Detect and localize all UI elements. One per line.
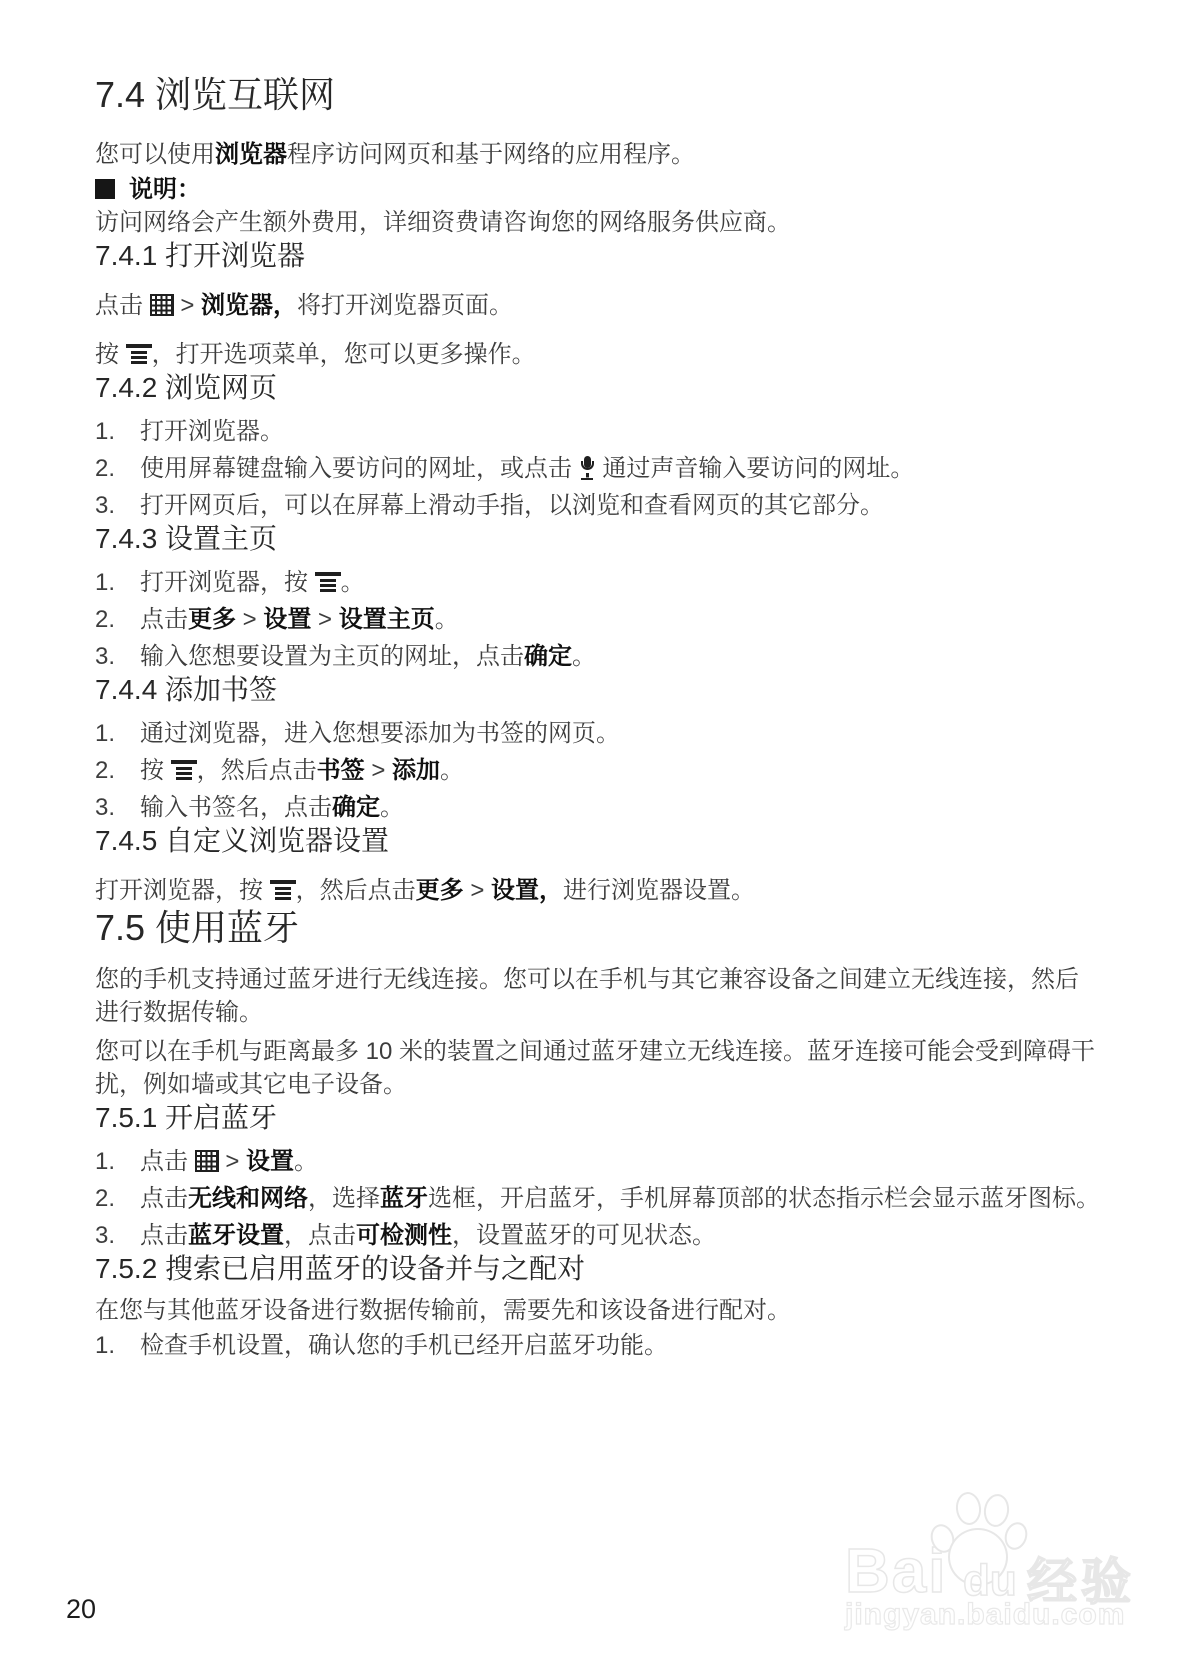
text: 。 xyxy=(440,757,464,784)
text: > xyxy=(236,606,263,633)
list-item: 1.打开浏览器。 xyxy=(95,415,1126,448)
mic-icon xyxy=(579,456,596,480)
bold-text: 添加 xyxy=(392,757,440,784)
steps-list: 1.点击 > 设置。2.点击无线和网络，选择蓝牙选框，开启蓝牙，手机屏幕顶部的状… xyxy=(95,1145,1126,1252)
steps-list: 1.检查手机设置，确认您的手机已经开启蓝牙功能。 xyxy=(95,1329,1126,1362)
paragraph: 您的手机支持通过蓝牙进行无线连接。您可以在手机与其它兼容设备之间建立无线连接，然… xyxy=(95,963,1100,1029)
list-item: 3.输入书签名，点击确定。 xyxy=(95,791,1126,824)
text: 点击 xyxy=(140,1222,188,1249)
menu-icon xyxy=(126,344,152,364)
bold-text: 无线和网络 xyxy=(188,1185,308,1212)
text: 程序访问网页和基于网络的应用程序。 xyxy=(287,141,695,168)
text: 打开浏览器，按 xyxy=(95,877,270,904)
menu-icon xyxy=(171,760,197,780)
section-7-4-5-title: 7.4.5 自定义浏览器设置 xyxy=(95,824,1126,858)
bold-text: 更多 xyxy=(416,877,464,904)
text: 通过声音输入要访问的网址。 xyxy=(596,455,915,482)
bold-text: 说明： xyxy=(129,176,201,203)
text: 输入书签名，点击 xyxy=(140,794,332,821)
list-number: 2. xyxy=(95,754,140,787)
section-7-5-title: 7.5 使用蓝牙 xyxy=(95,907,1126,949)
list-item: 1.检查手机设置，确认您的手机已经开启蓝牙功能。 xyxy=(95,1329,1126,1362)
list-item: 1.通过浏览器，进入您想要添加为书签的网页。 xyxy=(95,717,1126,750)
section-7-4-4-title: 7.4.4 添加书签 xyxy=(95,673,1126,707)
list-item-text: 使用屏幕键盘输入要访问的网址，或点击 通过声音输入要访问的网址。 xyxy=(140,452,1126,485)
bold-text: 可检测性 xyxy=(356,1222,452,1249)
text: 您的手机支持通过蓝牙进行无线连接。您可以在手机与其它兼容设备之间建立无线连接，然… xyxy=(95,966,1079,1026)
list-number: 3. xyxy=(95,640,140,673)
list-number: 1. xyxy=(95,566,140,599)
section-7-5-2-title: 7.5.2 搜索已启用蓝牙的设备并与之配对 xyxy=(95,1252,1126,1286)
text: 。 xyxy=(294,1148,318,1175)
steps-list: 1.打开浏览器，按 。2.点击更多 > 设置 > 设置主页。3.输入您想要设置为… xyxy=(95,566,1126,673)
list-item-text: 打开浏览器。 xyxy=(140,415,1126,448)
list-number: 2. xyxy=(95,452,140,485)
bold-text: 更多 xyxy=(188,606,236,633)
text: 。 xyxy=(572,643,596,670)
bold-text: 设置 xyxy=(263,606,311,633)
text: > xyxy=(219,1148,246,1175)
list-item-text: 检查手机设置，确认您的手机已经开启蓝牙功能。 xyxy=(140,1329,1126,1362)
text: ，点击 xyxy=(284,1222,356,1249)
list-number: 3. xyxy=(95,489,140,522)
paragraph: 在您与其他蓝牙设备进行数据传输前，需要先和该设备进行配对。 xyxy=(95,1294,1126,1327)
bold-text: 书签 xyxy=(317,757,365,784)
list-number: 1. xyxy=(95,415,140,448)
bold-text: 确定 xyxy=(524,643,572,670)
list-item: 3.输入您想要设置为主页的网址，点击确定。 xyxy=(95,640,1126,673)
text: 在您与其他蓝牙设备进行数据传输前，需要先和该设备进行配对。 xyxy=(95,1297,791,1324)
text: 。 xyxy=(380,794,404,821)
section-7-4-3-title: 7.4.3 设置主页 xyxy=(95,522,1126,556)
list-number: 1. xyxy=(95,717,140,750)
list-item-text: 输入书签名，点击确定。 xyxy=(140,791,1126,824)
square-icon xyxy=(95,179,115,199)
grid-icon xyxy=(150,294,174,316)
bold-text: 浏览器 xyxy=(215,141,287,168)
text: 检查手机设置，确认您的手机已经开启蓝牙功能。 xyxy=(140,1332,668,1359)
section-7-5-1-title: 7.5.1 开启蓝牙 xyxy=(95,1101,1126,1135)
text: 打开浏览器。 xyxy=(140,418,284,445)
text: 进行浏览器设置。 xyxy=(563,877,755,904)
text: 点击 xyxy=(140,1185,188,1212)
list-item-text: 按 ，然后点击书签 > 添加。 xyxy=(140,754,1126,787)
list-item: 3.点击蓝牙设置，点击可检测性，设置蓝牙的可见状态。 xyxy=(95,1219,1126,1252)
bold-text: 浏览器， xyxy=(201,292,297,319)
text: 使用屏幕键盘输入要访问的网址，或点击 xyxy=(140,455,579,482)
bold-text: 蓝牙 xyxy=(380,1185,428,1212)
list-item-text: 输入您想要设置为主页的网址，点击确定。 xyxy=(140,640,1126,673)
list-item: 2.点击更多 > 设置 > 设置主页。 xyxy=(95,603,1126,636)
text: 。 xyxy=(435,606,459,633)
list-number: 2. xyxy=(95,603,140,636)
bold-text: 蓝牙设置 xyxy=(188,1222,284,1249)
list-number: 3. xyxy=(95,791,140,824)
menu-icon xyxy=(315,572,341,592)
note-label: 说明： xyxy=(95,173,1126,206)
text: ，打开选项菜单，您可以更多操作。 xyxy=(152,341,536,368)
text: 点击 xyxy=(140,1148,195,1175)
text: ，设置蓝牙的可见状态。 xyxy=(452,1222,716,1249)
text: ，然后点击 xyxy=(296,877,416,904)
baidu-jingyan-watermark: Bai du 经验 jingyan.baidu.com xyxy=(845,1492,1145,1642)
list-item: 1.打开浏览器，按 。 xyxy=(95,566,1126,599)
list-item-text: 点击无线和网络，选择蓝牙选框，开启蓝牙，手机屏幕顶部的状态指示栏会显示蓝牙图标。 xyxy=(140,1182,1126,1215)
paw-toe xyxy=(982,1492,1011,1528)
list-number: 2. xyxy=(95,1182,140,1215)
paragraph: 您可以在手机与距离最多 10 米的装置之间通过蓝牙建立无线连接。蓝牙连接可能会受… xyxy=(95,1035,1100,1101)
text: 按 xyxy=(140,757,171,784)
grid-icon xyxy=(195,1150,219,1172)
text: 。 xyxy=(341,569,365,596)
text: > xyxy=(311,606,338,633)
note-text: 访问网络会产生额外费用，详细资费请咨询您的网络服务供应商。 xyxy=(95,206,1126,239)
list-item: 2.按 ，然后点击书签 > 添加。 xyxy=(95,754,1126,787)
text: 打开网页后，可以在屏幕上滑动手指，以浏览和查看网页的其它部分。 xyxy=(140,492,884,519)
steps-list: 1.打开浏览器。2.使用屏幕键盘输入要访问的网址，或点击 通过声音输入要访问的网… xyxy=(95,415,1126,522)
text: 点击 xyxy=(95,292,150,319)
intro-paragraph: 您可以使用浏览器程序访问网页和基于网络的应用程序。 xyxy=(95,138,1126,171)
text: 您可以使用 xyxy=(95,141,215,168)
steps-list: 1.通过浏览器，进入您想要添加为书签的网页。2.按 ，然后点击书签 > 添加。3… xyxy=(95,717,1126,824)
list-item: 2.点击无线和网络，选择蓝牙选框，开启蓝牙，手机屏幕顶部的状态指示栏会显示蓝牙图… xyxy=(95,1182,1126,1215)
bold-text: 设置， xyxy=(491,877,563,904)
text: 访问网络会产生额外费用，详细资费请咨询您的网络服务供应商。 xyxy=(95,209,791,236)
list-item-text: 打开网页后，可以在屏幕上滑动手指，以浏览和查看网页的其它部分。 xyxy=(140,489,1126,522)
list-item-text: 打开浏览器，按 。 xyxy=(140,566,1126,599)
paw-toe xyxy=(954,1491,982,1526)
text: > xyxy=(464,877,491,904)
list-item: 2.使用屏幕键盘输入要访问的网址，或点击 通过声音输入要访问的网址。 xyxy=(95,452,1126,485)
text: 将打开浏览器页面。 xyxy=(297,292,513,319)
section-7-4-2-title: 7.4.2 浏览网页 xyxy=(95,371,1126,405)
text: 输入您想要设置为主页的网址，点击 xyxy=(140,643,524,670)
list-item-text: 点击更多 > 设置 > 设置主页。 xyxy=(140,603,1126,636)
bold-text: 设置主页 xyxy=(339,606,435,633)
manual-page: 7.4 浏览互联网 您可以使用浏览器程序访问网页和基于网络的应用程序。 说明： … xyxy=(0,0,1192,1680)
text: 选框，开启蓝牙，手机屏幕顶部的状态指示栏会显示蓝牙图标。 xyxy=(428,1185,1100,1212)
list-item: 3.打开网页后，可以在屏幕上滑动手指，以浏览和查看网页的其它部分。 xyxy=(95,489,1126,522)
list-number: 1. xyxy=(95,1145,140,1178)
menu-icon xyxy=(270,880,296,900)
text: 按 xyxy=(95,341,126,368)
page-number: 20 xyxy=(66,1594,96,1625)
bold-text: 设置 xyxy=(246,1148,294,1175)
text: > xyxy=(174,292,201,319)
paragraph: 按 ，打开选项菜单，您可以更多操作。 xyxy=(95,338,1126,371)
text: 打开浏览器，按 xyxy=(140,569,315,596)
text: ，然后点击 xyxy=(197,757,317,784)
bold-text: 确定 xyxy=(332,794,380,821)
list-item-text: 通过浏览器，进入您想要添加为书签的网页。 xyxy=(140,717,1126,750)
paragraph: 打开浏览器，按 ，然后点击更多 > 设置，进行浏览器设置。 xyxy=(95,874,1126,907)
text: 通过浏览器，进入您想要添加为书签的网页。 xyxy=(140,720,620,747)
text: > xyxy=(365,757,392,784)
list-item: 1.点击 > 设置。 xyxy=(95,1145,1126,1178)
section-7-4-title: 7.4 浏览互联网 xyxy=(95,74,1126,116)
text: 您可以在手机与距离最多 10 米的装置之间通过蓝牙建立无线连接。蓝牙连接可能会受… xyxy=(95,1038,1095,1098)
list-number: 3. xyxy=(95,1219,140,1252)
text: ，选择 xyxy=(308,1185,380,1212)
list-item-text: 点击 > 设置。 xyxy=(140,1145,1126,1178)
paragraph: 点击 > 浏览器，将打开浏览器页面。 xyxy=(95,289,1126,322)
section-7-4-1-title: 7.4.1 打开浏览器 xyxy=(95,239,1126,273)
text: 点击 xyxy=(140,606,188,633)
list-number: 1. xyxy=(95,1329,140,1362)
watermark-brand-right: du xyxy=(963,1556,1017,1606)
list-item-text: 点击蓝牙设置，点击可检测性，设置蓝牙的可见状态。 xyxy=(140,1219,1126,1252)
